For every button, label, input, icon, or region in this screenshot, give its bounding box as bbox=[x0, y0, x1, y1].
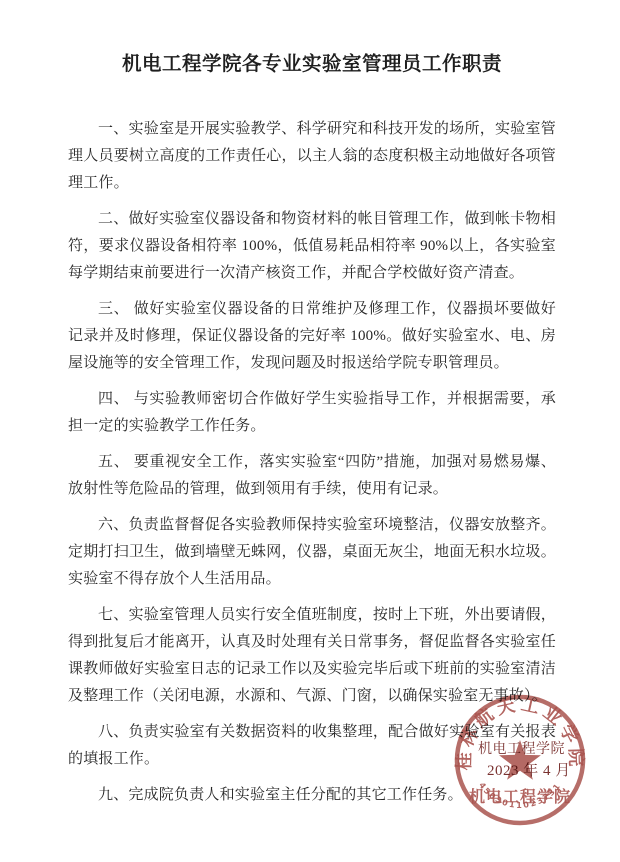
document-page: 机电工程学院各专业实验室管理员工作职责 一、实验室是开展实验教学、科学研究和科技… bbox=[0, 0, 620, 862]
paragraph: 二、做好实验室仪器设备和物资材料的帐目管理工作，做到帐卡物相符，要求仪器设备相符… bbox=[68, 206, 556, 287]
paragraph: 六、负责监督督促各实验教师保持实验室环境整洁，仪器安放整齐。定期打扫卫生，做到墙… bbox=[68, 512, 556, 593]
paragraph: 一、实验室是开展实验教学、科学研究和科技开发的场所，实验室管理人员要树立高度的工… bbox=[68, 116, 556, 197]
paragraph: 三、 做好实验室仪器设备的日常维护及修理工作，仪器损坏要做好记录并及时修理，保证… bbox=[68, 296, 556, 377]
official-seal-stamp: 桂林航天工业学院 机电工程学院 4503011023731 bbox=[448, 688, 593, 833]
paragraph: 五、 要重视安全工作，落实实验室“四防”措施，加强对易燃易爆、放射性等危险品的管… bbox=[68, 449, 556, 503]
paragraph: 四、 与实验教师密切合作做好学生实验指导工作，并根据需要，承担一定的实验教学工作… bbox=[68, 386, 556, 440]
page-title: 机电工程学院各专业实验室管理员工作职责 bbox=[68, 48, 556, 76]
star-icon bbox=[499, 740, 541, 780]
